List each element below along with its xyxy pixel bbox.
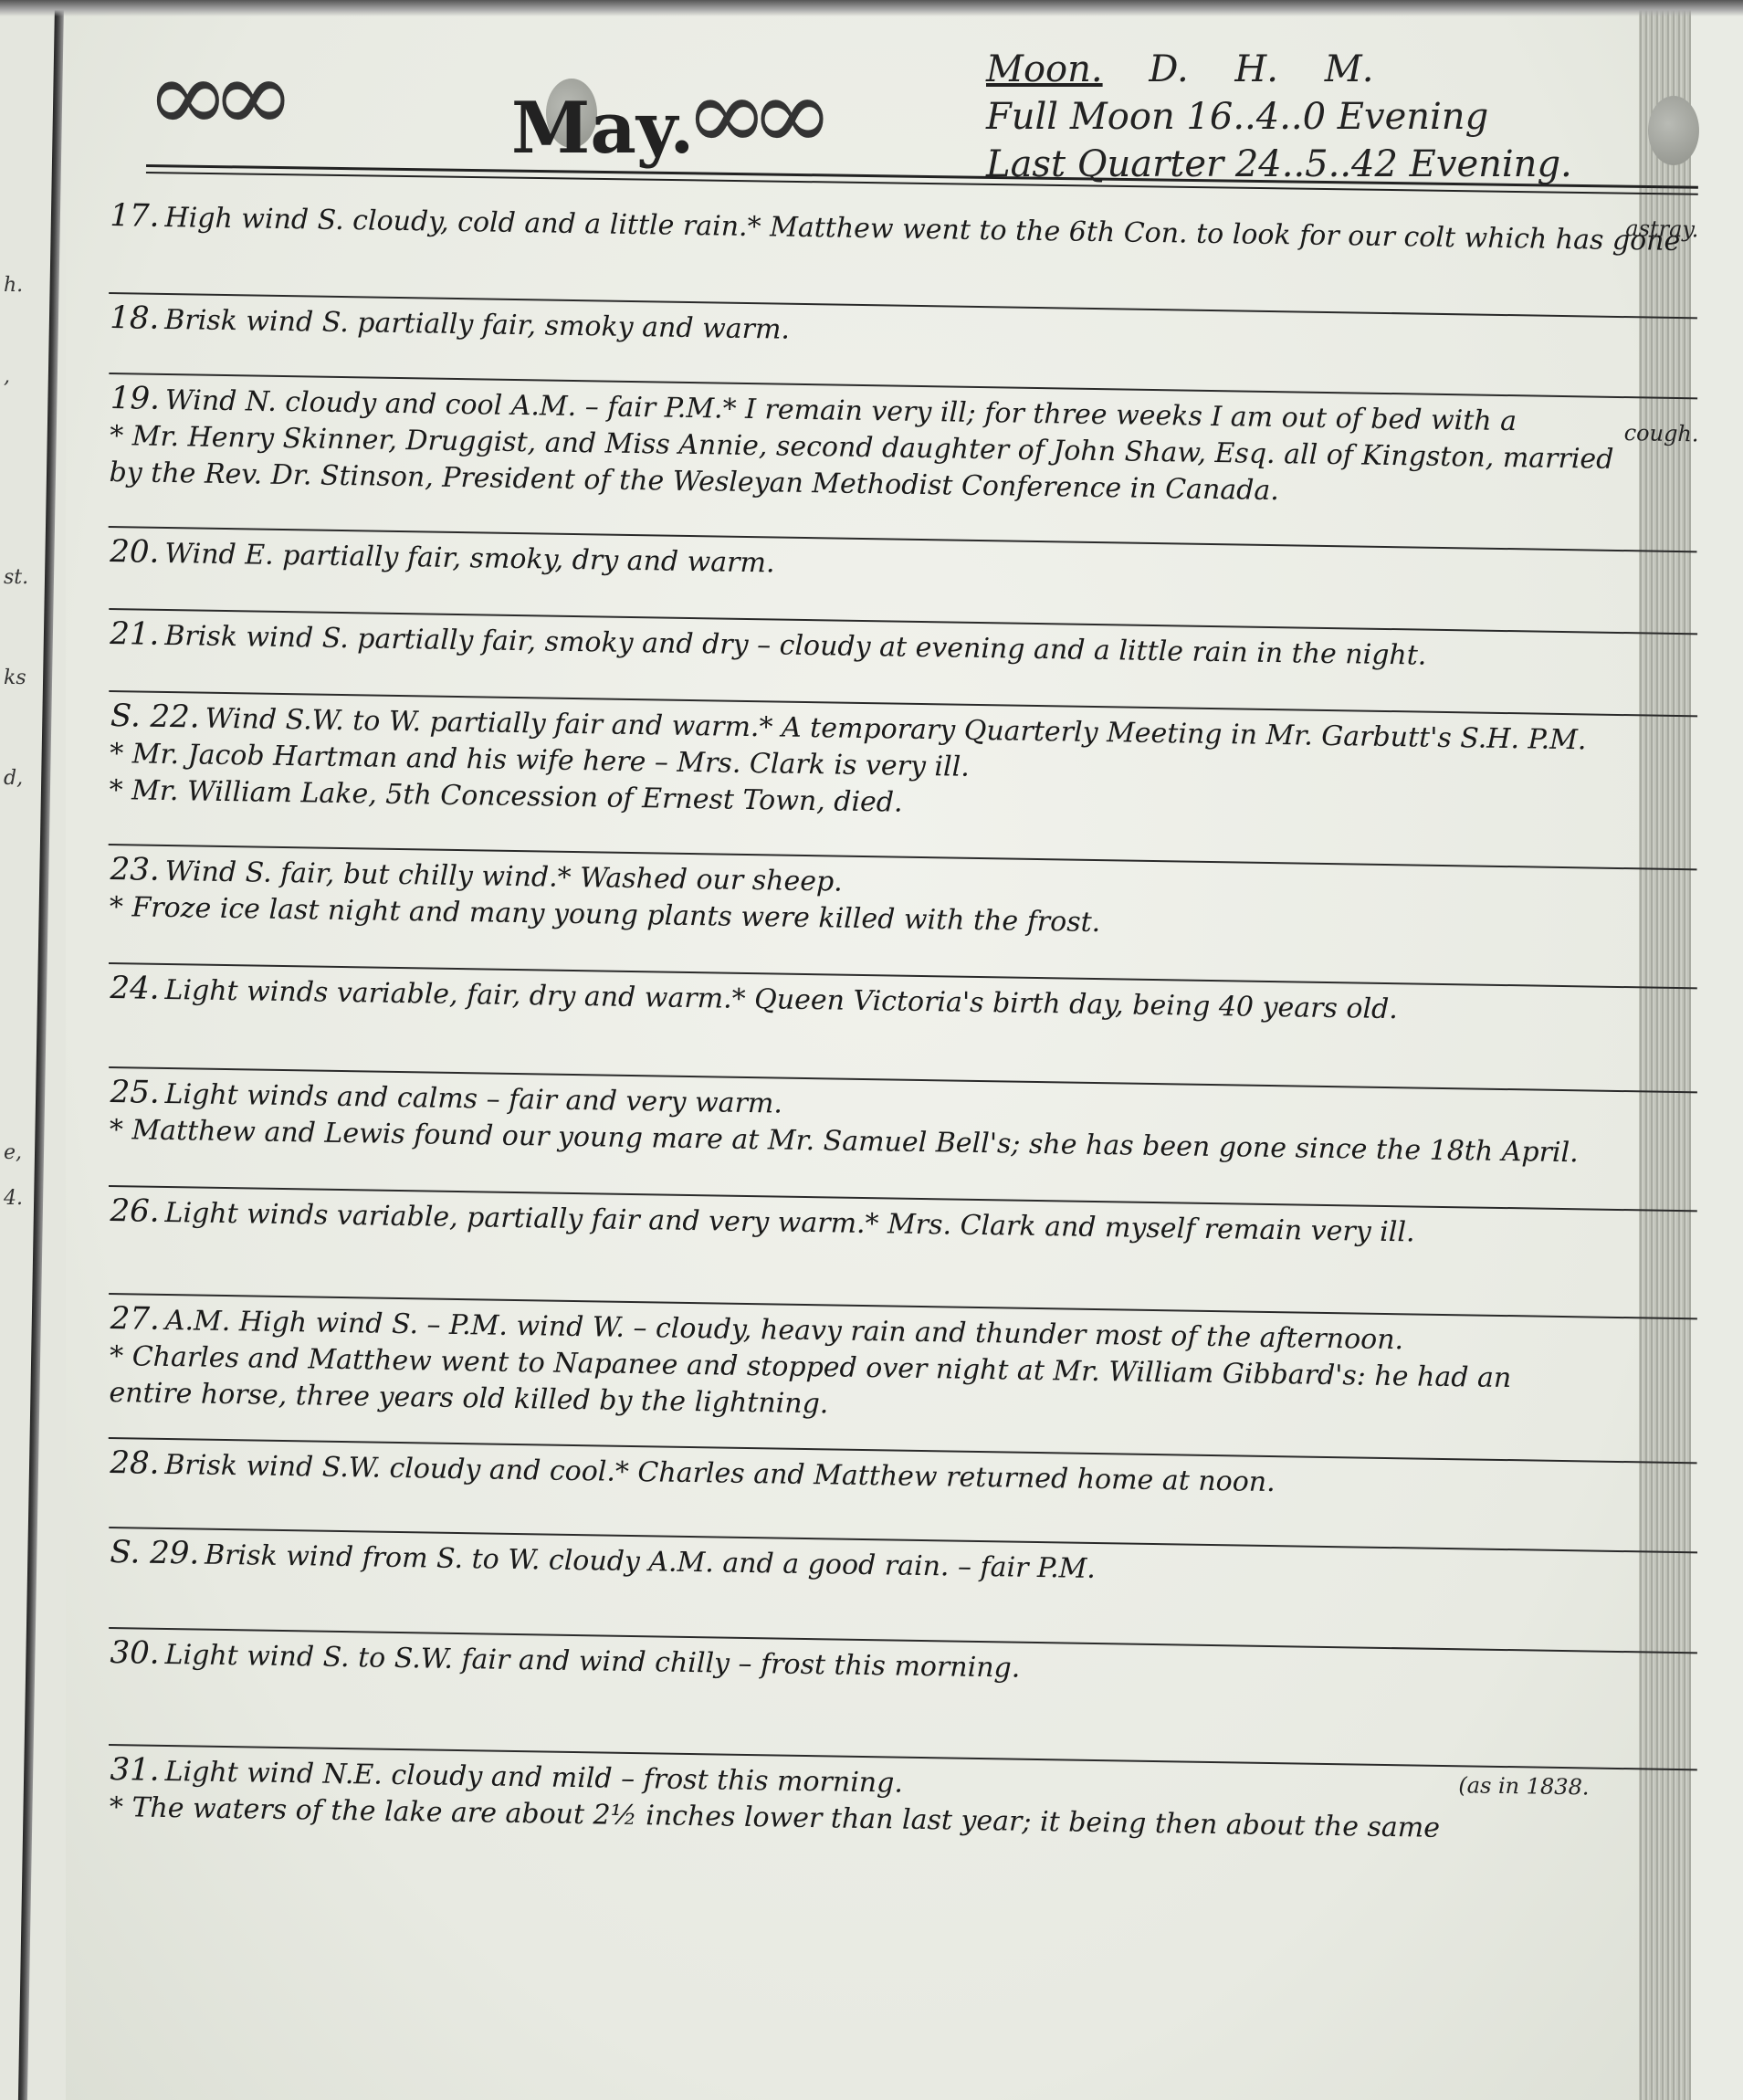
moon-col-label: Moon. (986, 48, 1103, 90)
entry-day: 27. (110, 1300, 161, 1338)
moon-phase-table: Moon. D. H. M. Full Moon 16..4..0 Evenin… (986, 46, 1572, 188)
entry-text: Light wind S. to S.W. fair and wind chil… (164, 1639, 1020, 1685)
facing-page-fragment: st. (4, 566, 28, 589)
scan-shadow (0, 0, 1743, 16)
entry-day: 23. (110, 851, 160, 888)
entry-day: 31. (110, 1751, 160, 1789)
minute-col-label: M. (1325, 48, 1374, 90)
entry-text: Light winds variable, partially fair and… (164, 1197, 1415, 1249)
entry-day: 21. (110, 615, 160, 653)
diary-entry: 19.Wind N. cloudy and cool A.M. – fair P… (109, 374, 1699, 552)
margin-note: astray. (1625, 215, 1698, 242)
entry-day: 30. (110, 1634, 160, 1672)
facing-page-fragment: , (4, 365, 10, 388)
entry-day: 18. (110, 299, 160, 337)
entry-day: S. 22. (110, 698, 200, 736)
facing-page-fragment: e, (4, 1141, 22, 1164)
moon-table-header: Moon. D. H. M. (986, 46, 1572, 93)
day-col-label: D. (1149, 48, 1188, 90)
hour-col-label: H. (1234, 48, 1278, 90)
diary-entry: S. 22.Wind S.W. to W. partially fair and… (109, 692, 1699, 870)
margin-note: (as in 1838. (1458, 1772, 1590, 1800)
moon-row-full: Full Moon 16..4..0 Evening (986, 93, 1572, 141)
entry-day: 25. (110, 1074, 160, 1111)
ornament-flourish-icon: ∞∞ (146, 46, 277, 146)
entry-day: 28. (110, 1444, 160, 1482)
entry-day: 24. (110, 970, 160, 1007)
entry-day: 26. (110, 1192, 160, 1230)
ornament-flourish-icon: ∞∞ (685, 64, 815, 164)
entry-day: 19. (110, 380, 161, 417)
entry-text: Brisk wind S. partially fair, smoky and … (164, 304, 790, 346)
entry-day: 20. (110, 533, 160, 571)
entry-text: Brisk wind from S. to W. cloudy A.M. and… (205, 1539, 1096, 1585)
entry-text: Light winds variable, fair, dry and warm… (164, 974, 1398, 1025)
entry-text: Brisk wind S.W. cloudy and cool.* Charle… (164, 1449, 1276, 1498)
month-title: May. (511, 87, 694, 170)
diary-entries: 17.High wind S. cloudy, cold and a littl… (110, 192, 1698, 1861)
facing-page-fragment: h. (4, 274, 23, 297)
facing-page-fragment: 4. (4, 1187, 23, 1210)
entry-text: High wind S. cloudy, cold and a little r… (164, 202, 1680, 257)
entry-text: Wind E. partially fair, smoky, dry and w… (164, 538, 775, 579)
entry-day: S. 29. (110, 1534, 199, 1572)
facing-page-fragment: d, (4, 767, 23, 790)
entry-day: 17. (110, 197, 160, 235)
facing-page-fragment: ks (4, 667, 26, 689)
page-header: ∞∞ May. ∞∞ Moon. D. H. M. Full Moon 16..… (137, 46, 1689, 183)
diary-entry: 27.A.M. High wind S. – P.M. wind W. – cl… (109, 1295, 1699, 1464)
entry-text: Brisk wind S. partially fair, smoky and … (164, 620, 1427, 672)
margin-note: cough. (1624, 420, 1699, 446)
